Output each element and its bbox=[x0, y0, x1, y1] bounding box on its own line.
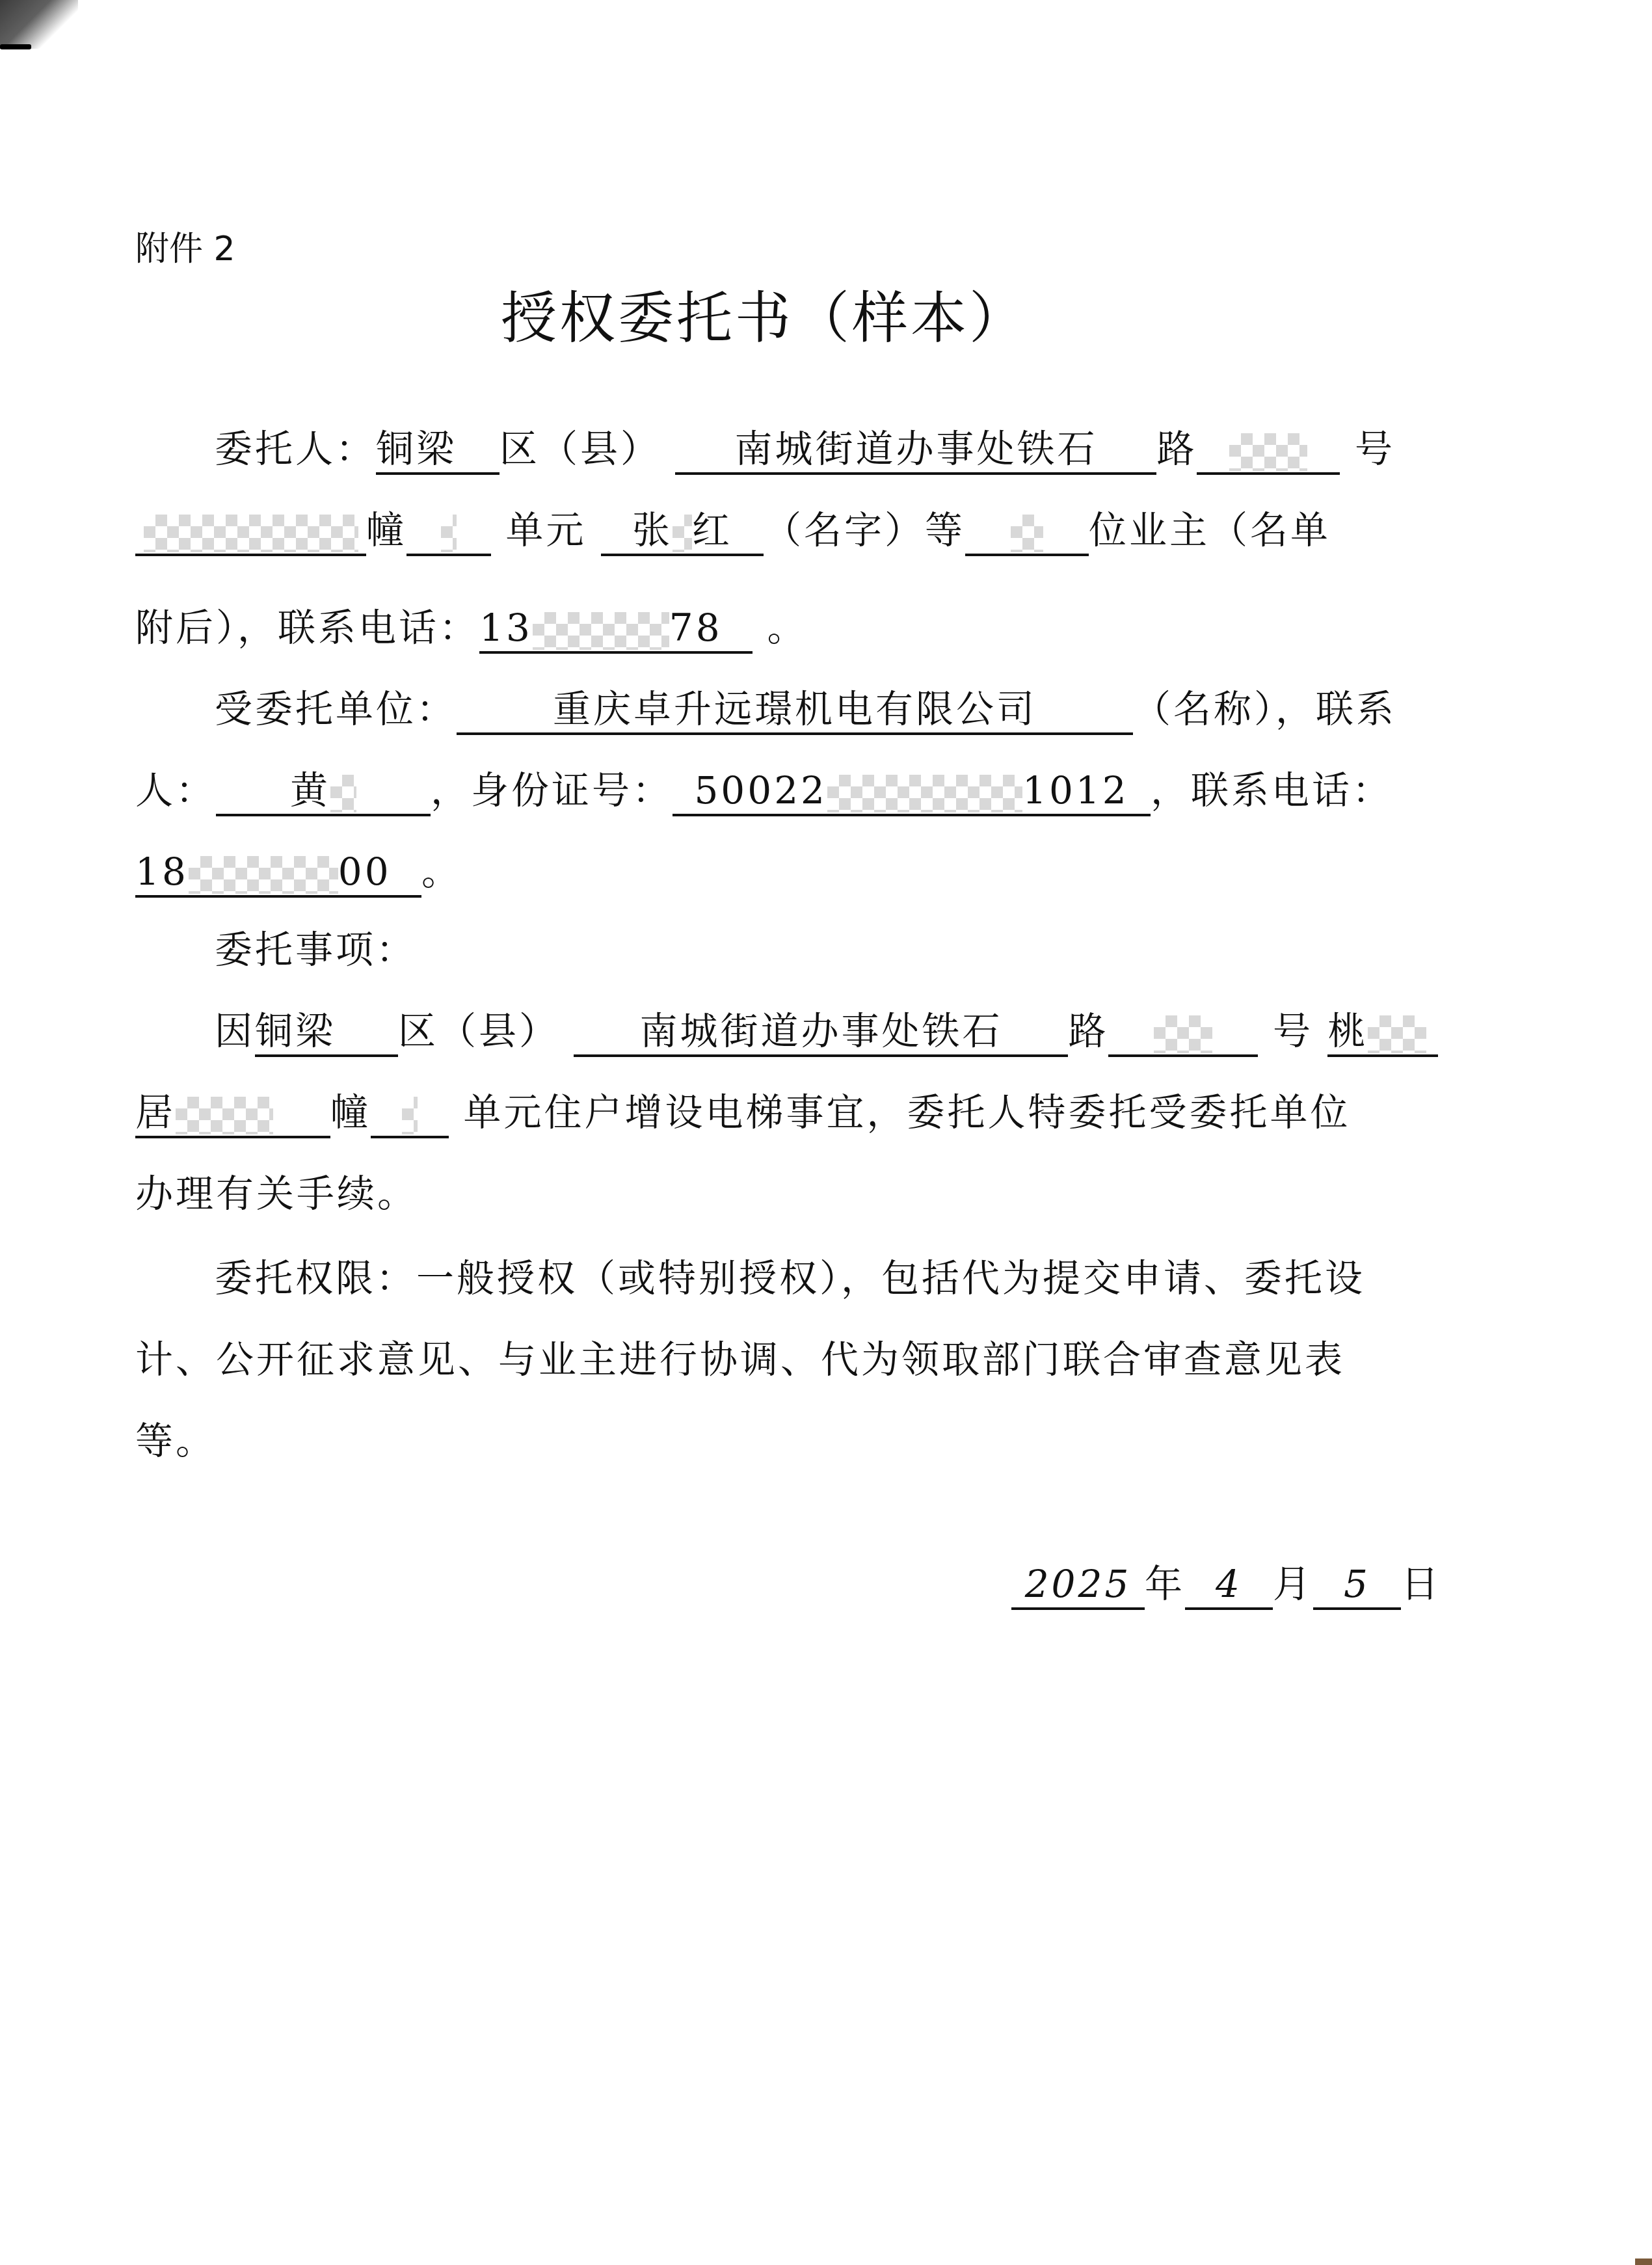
number-suffix: 号 bbox=[1355, 427, 1395, 471]
principal-label: 委托人： bbox=[215, 427, 376, 471]
matter-prefix: 因 bbox=[215, 1009, 255, 1053]
company-hint: （名称），联系 bbox=[1133, 687, 1396, 731]
matter-line-3: 办理有关手续。 bbox=[135, 1168, 1652, 1220]
principal-line-2: 幢 单元 张红（名字）等位业主（名单 bbox=[135, 504, 1652, 556]
agent-line-1: 受委托单位：重庆卓升远璟机电有限公司（名称），联系 bbox=[215, 683, 1652, 735]
number-suffix: 号 bbox=[1273, 1009, 1313, 1053]
agent-line-3: 1800。 bbox=[135, 846, 1652, 898]
scan-artifact-bottom-right bbox=[1635, 2258, 1652, 2265]
agent-contact-name: 黄 bbox=[216, 767, 431, 816]
redacted-block bbox=[144, 515, 358, 552]
unit-suffix: 单元 bbox=[505, 508, 586, 552]
redacted-block bbox=[1154, 1015, 1212, 1053]
matter-district: 铜梁 bbox=[255, 1008, 398, 1057]
agent-line-2: 人：黄，身份证号：500221012，联系电话： bbox=[135, 764, 1652, 816]
redacted-block bbox=[533, 612, 669, 650]
matter-estate-cont: 居 bbox=[135, 1089, 330, 1138]
agent-id-number: 500221012 bbox=[673, 767, 1151, 816]
scan-artifact-top-left bbox=[0, 0, 78, 49]
id-label: ，身份证号： bbox=[431, 768, 673, 812]
month-label: 月 bbox=[1273, 1562, 1313, 1606]
redacted-block bbox=[189, 856, 338, 894]
matter-estate: 桃 bbox=[1327, 1008, 1438, 1057]
matter-line-2: 居幢 单元住户增设电梯事宜，委托人特委托受委托单位 bbox=[135, 1086, 1652, 1138]
period: 。 bbox=[421, 850, 462, 894]
redacted-block bbox=[176, 1097, 273, 1134]
list-note: 附后），联系电话： bbox=[135, 606, 479, 650]
year-label: 年 bbox=[1145, 1562, 1185, 1606]
phone-label: ，联系电话： bbox=[1151, 768, 1392, 812]
building-suffix: 幢 bbox=[366, 508, 406, 552]
matter-road-number bbox=[1108, 1008, 1258, 1057]
period: 。 bbox=[767, 606, 807, 650]
principal-building-unit bbox=[406, 507, 491, 556]
principal-line-1: 委托人：铜梁区（县） 南城街道办事处铁石路 号 bbox=[215, 423, 1652, 475]
principal-street: 南城街道办事处铁石 bbox=[675, 425, 1156, 475]
principal-road-number bbox=[1197, 425, 1340, 475]
matter-line-2-tail: 单元住户增设电梯事宜，委托人特委托受委托单位 bbox=[463, 1090, 1350, 1134]
building-suffix: 幢 bbox=[330, 1090, 371, 1134]
agent-company: 重庆卓升远璟机电有限公司 bbox=[457, 686, 1133, 735]
redacted-block bbox=[441, 515, 457, 552]
date-day: 5 bbox=[1313, 1561, 1401, 1610]
principal-name: 张红 bbox=[601, 507, 764, 556]
agent-phone: 1800 bbox=[135, 848, 421, 898]
district-suffix: 区（县） bbox=[500, 427, 661, 471]
authority-line-1: 委托权限：一般授权（或特别授权），包括代为提交申请、委托设 bbox=[215, 1252, 1652, 1304]
authority-line-2: 计、公开征求意见、与业主进行协调、代为领取部门联合审查意见表 bbox=[135, 1334, 1652, 1386]
scan-artifact-mark bbox=[0, 44, 31, 49]
redacted-block bbox=[827, 775, 1022, 812]
redacted-block bbox=[1011, 515, 1043, 552]
owners-suffix: 位业主（名单 bbox=[1089, 508, 1331, 552]
contact-label: 人： bbox=[135, 768, 216, 812]
principal-district: 铜梁 bbox=[376, 425, 500, 475]
principal-estate bbox=[135, 507, 366, 556]
matter-heading: 委托事项： bbox=[215, 924, 1652, 976]
redacted-block bbox=[402, 1097, 418, 1134]
redacted-block bbox=[1368, 1015, 1426, 1053]
matter-street: 南城街道办事处铁石 bbox=[574, 1008, 1068, 1057]
day-label: 日 bbox=[1401, 1562, 1441, 1606]
redacted-block bbox=[330, 775, 356, 812]
matter-building-unit bbox=[371, 1089, 449, 1138]
district-suffix: 区（县） bbox=[398, 1009, 559, 1053]
road-suffix: 路 bbox=[1068, 1009, 1108, 1053]
matter-line-1: 因铜梁区（县） 南城街道办事处铁石路 号 桃 bbox=[215, 1005, 1652, 1057]
redacted-block bbox=[673, 515, 692, 552]
owner-count bbox=[965, 507, 1089, 556]
document-title: 授权委托书（样本） bbox=[501, 273, 1028, 354]
signature-date: 2025年4月5日 bbox=[1011, 1558, 1652, 1610]
date-month: 4 bbox=[1185, 1561, 1273, 1610]
road-suffix: 路 bbox=[1156, 427, 1197, 471]
attachment-label: 附件 2 bbox=[135, 221, 235, 270]
principal-line-3: 附后），联系电话：1378 。 bbox=[135, 602, 1652, 654]
name-hint: （名字）等 bbox=[764, 508, 965, 552]
redacted-block bbox=[1229, 433, 1307, 471]
date-year: 2025 bbox=[1011, 1561, 1145, 1610]
principal-phone: 1378 bbox=[479, 604, 753, 654]
authority-line-3: 等。 bbox=[135, 1415, 1652, 1467]
agent-label: 受委托单位： bbox=[215, 687, 457, 731]
